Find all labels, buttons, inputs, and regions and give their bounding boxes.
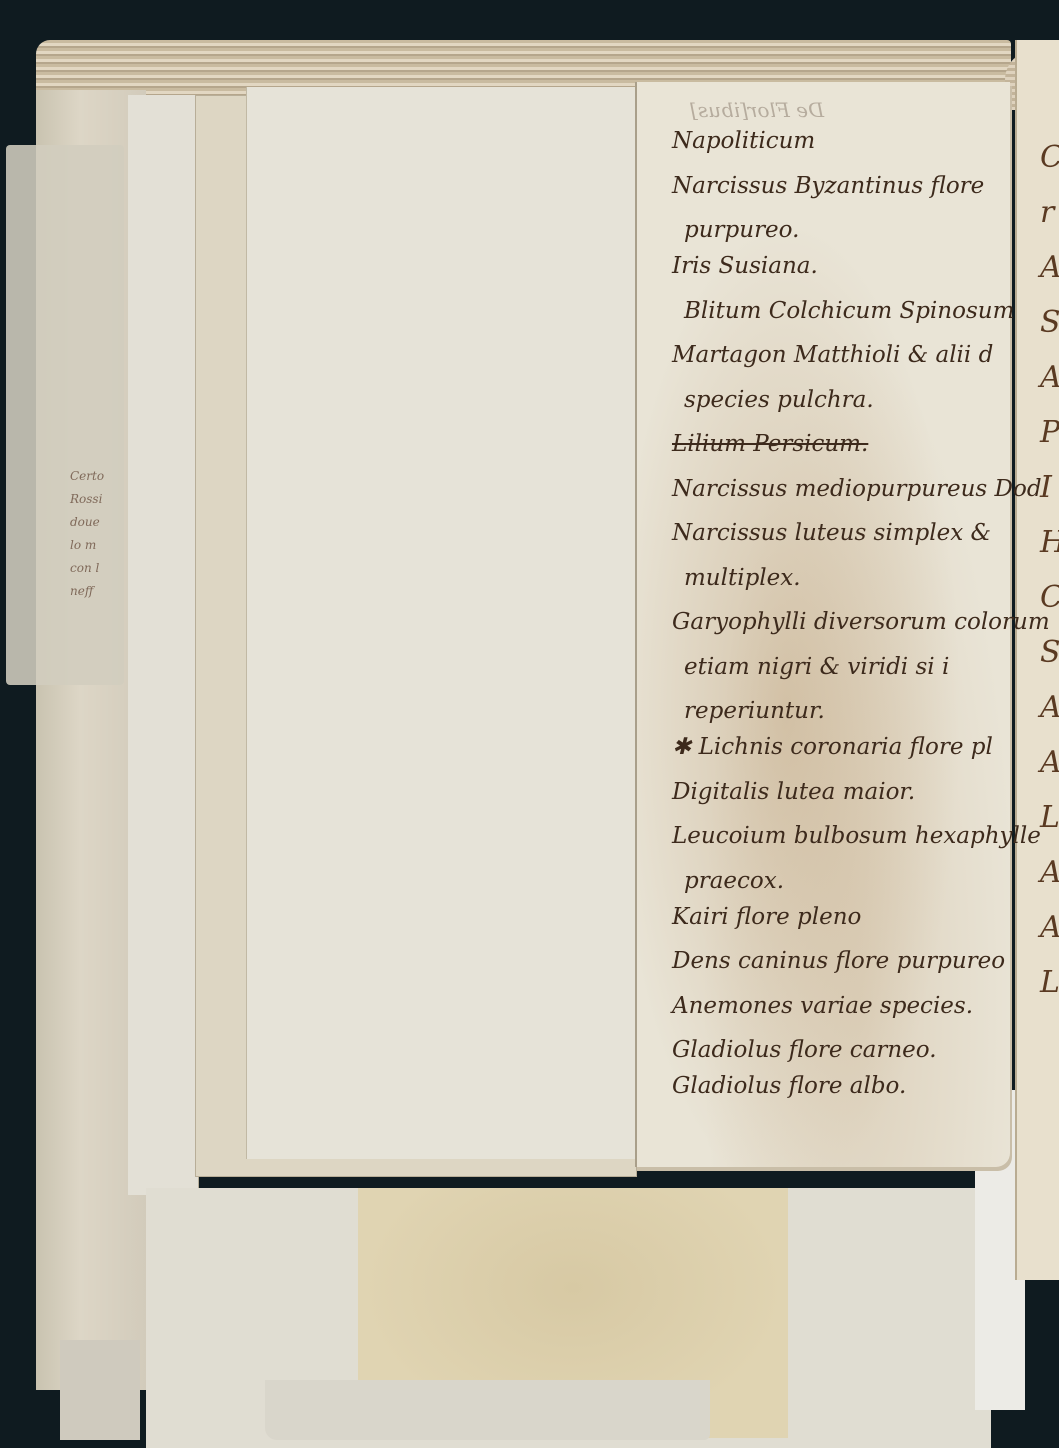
fragment-line: doue: [70, 511, 130, 534]
manuscript-line: Blitum Colchicum Spinosum: [672, 298, 1002, 343]
manuscript-line: Garyophylli diversorum colorum: [672, 609, 1002, 654]
manuscript-line: Gladiolus flore albo.: [672, 1073, 1002, 1118]
manuscript-text: Napoliticum Narcissus Byzantinus flore p…: [672, 128, 1002, 1118]
left-fragment-text: Certo Rossi doue lo m con l neff: [70, 465, 130, 603]
initial: S: [1040, 295, 1059, 350]
manuscript-line: Narcissus Byzantinus flore: [672, 173, 1002, 218]
guard-strip: [128, 95, 199, 1195]
initial: L: [1040, 955, 1059, 1010]
initial: C: [1040, 130, 1059, 185]
fragment-line: Rossi: [70, 488, 130, 511]
initial: A: [1040, 900, 1059, 955]
manuscript-line: species pulchra.: [672, 387, 1002, 432]
manuscript-line-struck: Lilium Persicum.: [672, 431, 1002, 476]
manuscript-line: praecox.: [672, 868, 1002, 904]
manuscript-line: Dens caninus flore purpureo: [672, 948, 1002, 993]
fragment-line: con l: [70, 557, 130, 580]
manuscript-line: Digitalis lutea maior.: [672, 779, 1002, 824]
fragment-line: Certo: [70, 465, 130, 488]
manuscript-line: Kairi flore pleno: [672, 904, 1002, 949]
initial: A: [1040, 350, 1059, 405]
manuscript-line: Anemones variae species.: [672, 993, 1002, 1038]
manuscript-line: purpureo.: [672, 217, 1002, 253]
manuscript-line: ✱ Lichnis coronaria flore pl: [672, 734, 1002, 779]
initial: L: [1040, 790, 1059, 845]
next-page-initials: C r A S A P I H C S A A L A A L: [1040, 130, 1059, 1010]
manuscript-line: Leucoium bulbosum hexaphylle: [672, 823, 1002, 868]
manuscript-line: multiplex.: [672, 565, 1002, 610]
manuscript-line: Iris Susiana.: [672, 253, 1002, 298]
blank-page: [246, 87, 637, 1159]
torn-bottom-fragment-left: [60, 1340, 140, 1440]
manuscript-line: reperiuntur.: [672, 698, 1002, 734]
initial: r: [1040, 185, 1059, 240]
initial: A: [1040, 680, 1059, 735]
initial: A: [1040, 240, 1059, 295]
initial: P: [1040, 405, 1059, 460]
tissue-repair-strip: [6, 145, 124, 685]
fragment-line: lo m: [70, 534, 130, 557]
initial: H: [1040, 515, 1059, 570]
initial: I: [1040, 460, 1059, 515]
initial: A: [1040, 845, 1059, 900]
manuscript-line: Gladiolus flore carneo.: [672, 1037, 1002, 1073]
manuscript-line: Martagon Matthioli & alii d: [672, 342, 1002, 387]
manuscript-line: etiam nigri & viridi si i: [672, 654, 1002, 699]
manuscript-line: Narcissus luteus simplex &: [672, 520, 1002, 565]
manuscript-line: Narcissus mediopurpureus Dod: [672, 476, 1002, 521]
fragment-line: neff: [70, 580, 130, 603]
torn-bottom-fragment: [265, 1380, 710, 1440]
initial: A: [1040, 735, 1059, 790]
manuscript-line: Napoliticum: [672, 128, 1002, 173]
bleed-through-heading: De Flor[ibus]: [690, 98, 824, 122]
